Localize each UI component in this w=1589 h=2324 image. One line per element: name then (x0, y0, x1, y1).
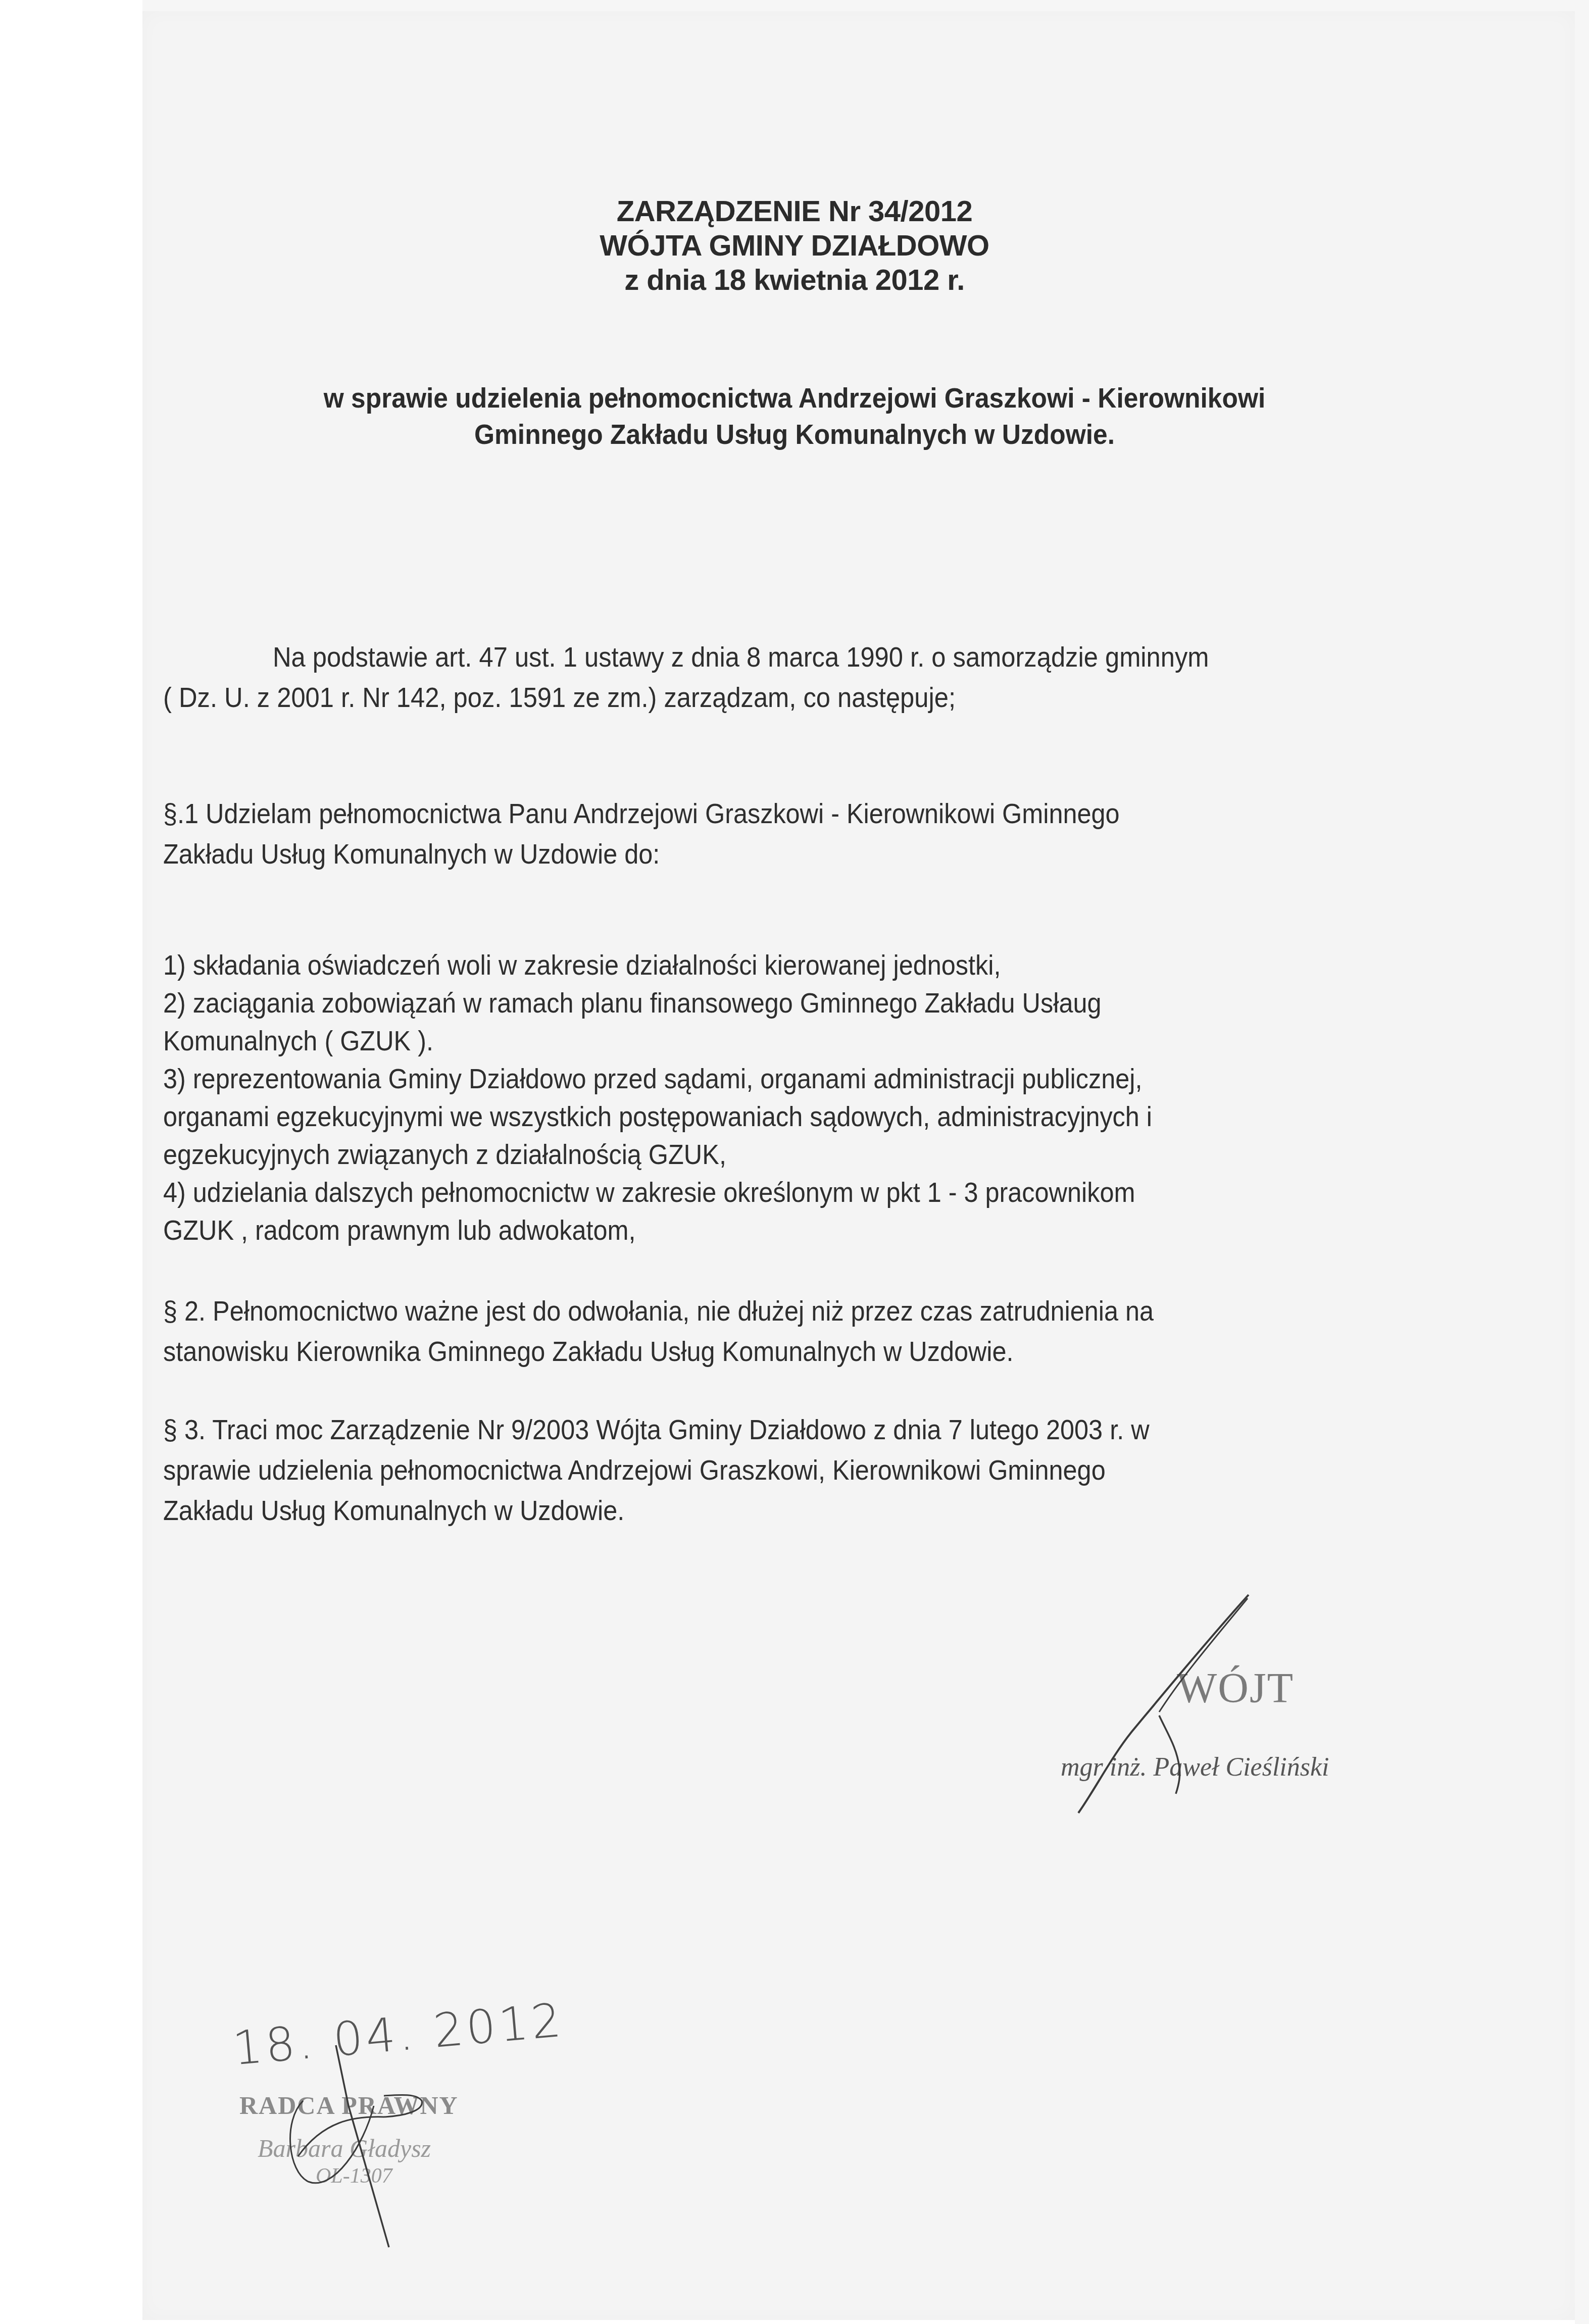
list-item-3-cont-2: egzekucyjnych związanych z działalnością… (163, 1136, 726, 1173)
list-item-1: 1) składania oświadczeń woli w zakresie … (163, 947, 1001, 983)
list-item-2: 2) zaciągania zobowiązań w ramach planu … (163, 985, 1102, 1021)
scan-edge-right (1575, 0, 1589, 2324)
section-3-line-1: § 3. Traci moc Zarządzenie Nr 9/2003 Wój… (163, 1411, 1150, 1448)
section-3-line-3: Zakładu Usług Komunalnych w Uzdowie. (163, 1492, 624, 1529)
list-item-2-cont: Komunalnych ( GZUK ). (163, 1023, 433, 1059)
ordinance-number: ZARZĄDZENIE Nr 34/2012 (0, 194, 1589, 229)
section-1-line-1: §.1 Udzielam pełnomocnictwa Panu Andrzej… (163, 795, 1120, 832)
radca-stamp-name: Barbara Gładysz (258, 2134, 431, 2163)
wojt-stamp-name: mgr inż. Paweł Cieśliński (1061, 1752, 1329, 1782)
subject-line-1: w sprawie udzielenia pełnomocnictwa Andr… (64, 380, 1525, 416)
subject-line-2: Gminnego Zakładu Usług Komunalnych w Uzd… (64, 416, 1525, 452)
issuing-authority: WÓJTA GMINY DZIAŁDOWO (0, 229, 1589, 263)
list-item-4-cont: GZUK , radcom prawnym lub adwokatom, (163, 1212, 636, 1248)
preamble-line-1: Na podstawie art. 47 ust. 1 ustawy z dni… (273, 639, 1209, 675)
radca-license-number: OL-1307 (316, 2164, 392, 2188)
wojt-stamp-title: WÓJT (1177, 1664, 1294, 1713)
section-3-line-2: sprawie udzielenia pełnomocnictwa Andrze… (163, 1452, 1106, 1488)
document-header: ZARZĄDZENIE Nr 34/2012 WÓJTA GMINY DZIAŁ… (0, 194, 1589, 297)
scan-edge-top (142, 0, 1589, 11)
preamble-line-2: ( Dz. U. z 2001 r. Nr 142, poz. 1591 ze … (163, 679, 956, 716)
list-item-3-cont-1: organami egzekucyjnymi we wszystkich pos… (163, 1098, 1152, 1135)
section-2-line-2: stanowisku Kierownika Gminnego Zakładu U… (163, 1333, 1014, 1370)
radca-stamp-title: RADCA PRAWNY (239, 2091, 459, 2120)
document-subject: w sprawie udzielenia pełnomocnictwa Andr… (64, 380, 1525, 452)
section-1-line-2: Zakładu Usług Komunalnych w Uzdowie do: (163, 836, 660, 872)
section-2-line-1: § 2. Pełnomocnictwo ważne jest do odwoła… (163, 1293, 1154, 1329)
ordinance-date: z dnia 18 kwietnia 2012 r. (0, 263, 1589, 297)
list-item-3: 3) reprezentowania Gminy Działdowo przed… (163, 1060, 1142, 1097)
list-item-4: 4) udzielania dalszych pełnomocnictw w z… (163, 1174, 1135, 1210)
